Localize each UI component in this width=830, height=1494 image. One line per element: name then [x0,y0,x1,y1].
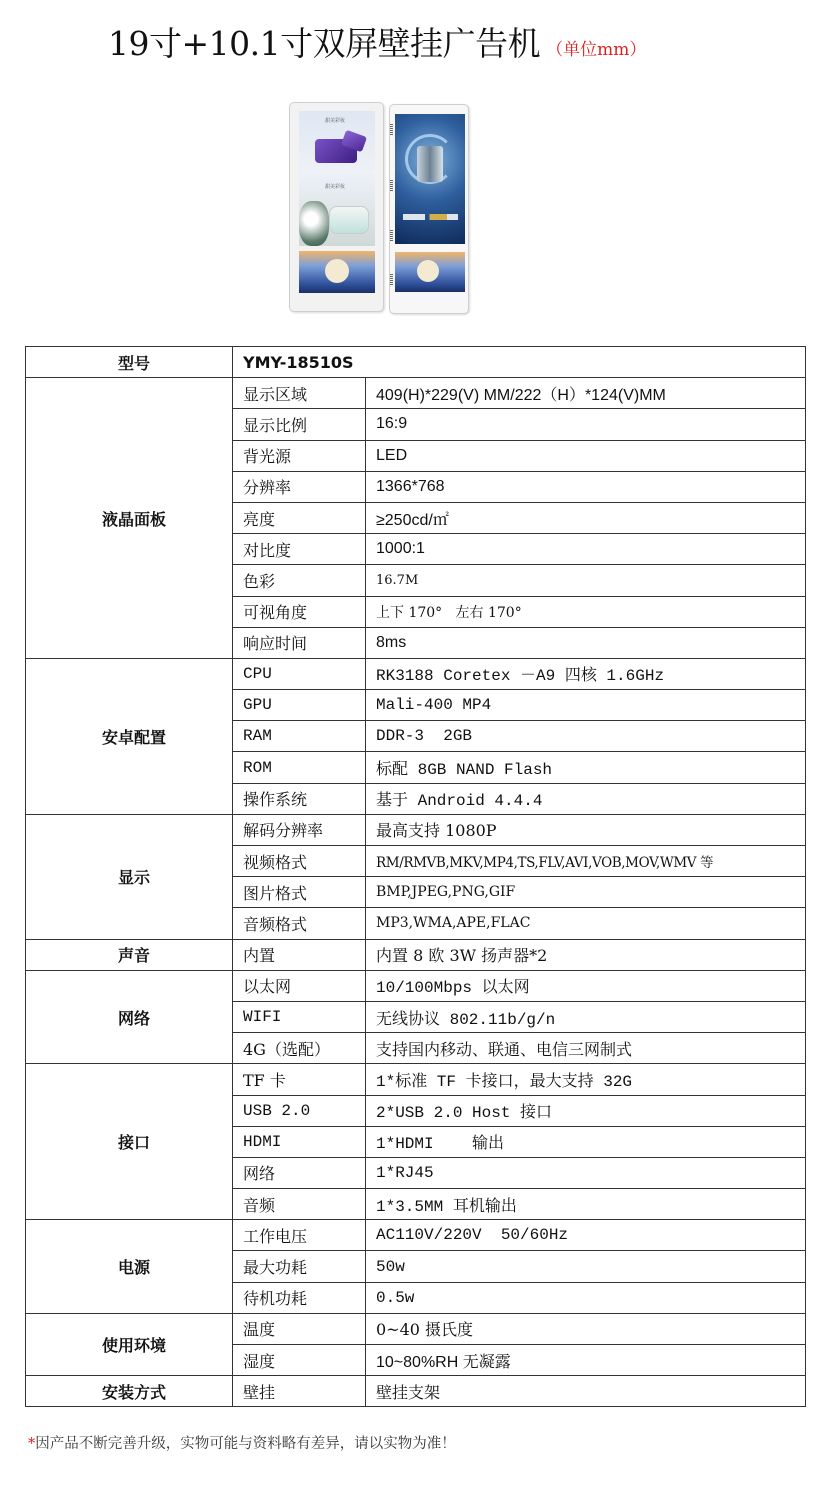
main-screen-side [395,114,465,244]
spec-value: 0.5w [366,1282,806,1313]
spec-label: 壁挂 [233,1376,366,1407]
spec-value: BMP,JPEG,PNG,GIF [366,877,806,908]
spec-value: MP3,WMA,APE,FLAC [366,908,806,939]
spec-label: ROM [233,752,366,783]
spec-value: Mali-400 MP4 [366,690,806,721]
table-row: 液晶面板 显示区域 409(H)*229(V) MM/222（H）*124(V)… [26,378,806,409]
spec-table: 型号 YMY-18510S 液晶面板 显示区域 409(H)*229(V) MM… [25,346,806,1407]
spec-value: DDR-3 2GB [366,721,806,752]
table-row: 声音 内置 内置 8 欧 3W 扬声器*2 [26,939,806,970]
device-front-view: 甜美彩妆 甜美彩妆 [289,102,384,312]
spec-label: USB 2.0 [233,1095,366,1126]
spec-value: 1*3.5MM 耳机输出 [366,1189,806,1220]
moon-graphic [325,259,349,283]
spec-value: 16.7M [366,565,806,596]
spec-value: 壁挂支架 [366,1376,806,1407]
disclaimer-text: 因产品不断完善升级，实物可能与资料略有差异，请以实物为准！ [35,1436,456,1452]
spec-label: TF 卡 [233,1064,366,1095]
moon-graphic [417,260,439,282]
table-row: 电源 工作电压 AC110V/220V 50/60Hz [26,1220,806,1251]
spec-label: 亮度 [233,502,366,533]
spec-value: 最高支持 1080P [366,814,806,845]
table-row: 安装方式 壁挂 壁挂支架 [26,1376,806,1407]
spec-value: 50w [366,1251,806,1282]
model-label: 型号 [26,347,233,378]
main-screen: 甜美彩妆 甜美彩妆 [299,111,375,246]
spec-label: 解码分辨率 [233,814,366,845]
category-android-config: 安卓配置 [26,658,233,814]
spec-value: 8ms [366,627,806,658]
spec-label: HDMI [233,1126,366,1157]
spec-value: RK3188 Coretex －A9 四核 1.6GHz [366,658,806,689]
table-row-model: 型号 YMY-18510S [26,347,806,378]
spec-label: 4G（选配） [233,1033,366,1064]
spec-value: 支持国内移动、联通、电信三网制式 [366,1033,806,1064]
spec-label: 响应时间 [233,627,366,658]
spec-value: 10/100Mbps 以太网 [366,970,806,1001]
title-text: 19寸+10.1寸双屏壁挂广告机 [108,18,540,65]
category-network: 网络 [26,970,233,1064]
cream-jar-graphic [329,206,369,234]
table-row: 接口 TF 卡 1*标准 TF 卡接口，最大支持 32G [26,1064,806,1095]
spec-value: 上下 170° 左右 170° [366,596,806,627]
table-row: 安卓配置 CPU RK3188 Coretex －A9 四核 1.6GHz [26,658,806,689]
spec-label: 以太网 [233,970,366,1001]
spec-value: RM/RMVB,MKV,MP4,TS,FLV,AVI,VOB,MOV,WMV 等 [366,846,806,877]
table-row: 使用环境 温度 0~40 摄氏度 [26,1313,806,1344]
category-installation: 安装方式 [26,1376,233,1407]
spec-value: 1*HDMI 输出 [366,1126,806,1157]
spec-label: 待机功耗 [233,1282,366,1313]
spec-label: 对比度 [233,534,366,565]
category-interfaces: 接口 [26,1064,233,1220]
secondary-screen-side [395,252,465,292]
spec-value: 标配 8GB NAND Flash [366,752,806,783]
disclaimer-note: *因产品不断完善升级，实物可能与资料略有差异，请以实物为准！ [28,1432,456,1453]
spec-value: 0~40 摄氏度 [366,1313,806,1344]
table-row: 显示 解码分辨率 最高支持 1080P [26,814,806,845]
category-sound: 声音 [26,939,233,970]
spec-value: 基于 Android 4.4.4 [366,783,806,814]
side-vent [390,124,393,136]
spec-label: CPU [233,658,366,689]
spec-label: 湿度 [233,1345,366,1376]
spec-label: 内置 [233,939,366,970]
category-power: 电源 [26,1220,233,1314]
page-title: 19寸+10.1寸双屏壁挂广告机 （单位mm） [108,18,646,68]
table-row: 网络 以太网 10/100Mbps 以太网 [26,970,806,1001]
screen-ad-text-2: 甜美彩妆 [325,183,345,190]
ad-banner-graphic [403,214,458,220]
spec-value: 1*RJ45 [366,1157,806,1188]
spec-label: 工作电压 [233,1220,366,1251]
spec-label: 最大功耗 [233,1251,366,1282]
product-image: 甜美彩妆 甜美彩妆 [289,102,469,320]
spec-value: 16:9 [366,409,806,440]
spec-label: RAM [233,721,366,752]
spec-value: 内置 8 欧 3W 扬声器*2 [366,939,806,970]
spec-label: 可视角度 [233,596,366,627]
category-display: 显示 [26,814,233,939]
spec-label: WIFI [233,1001,366,1032]
spec-label: 视频格式 [233,846,366,877]
screen-ad-text: 甜美彩妆 [325,117,345,124]
category-lcd-panel: 液晶面板 [26,378,233,659]
side-vent [390,274,393,286]
spec-value: 1*标准 TF 卡接口，最大支持 32G [366,1064,806,1095]
spec-value: 无线协议 802.11b/g/n [366,1001,806,1032]
spec-label: 温度 [233,1313,366,1344]
secondary-screen [299,251,375,293]
spec-label: 色彩 [233,565,366,596]
spec-value: AC110V/220V 50/60Hz [366,1220,806,1251]
spec-label: 操作系统 [233,783,366,814]
spec-value: 2*USB 2.0 Host 接口 [366,1095,806,1126]
spec-label: 显示比例 [233,409,366,440]
spec-label: 显示区域 [233,378,366,409]
spec-value: 1000:1 [366,534,806,565]
spec-label: GPU [233,690,366,721]
spec-label: 背光源 [233,440,366,471]
category-environment: 使用环境 [26,1313,233,1375]
spec-label: 网络 [233,1157,366,1188]
model-value: YMY-18510S [233,347,806,378]
spec-label: 图片格式 [233,877,366,908]
flower-graphic [299,201,329,246]
spec-value: 1366*768 [366,471,806,502]
spec-value: ≥250cd/㎡ [366,502,806,533]
spec-value: 409(H)*229(V) MM/222（H）*124(V)MM [366,378,806,409]
spec-label: 音频 [233,1189,366,1220]
spec-value: LED [366,440,806,471]
side-vent [390,230,393,242]
spec-label: 分辨率 [233,471,366,502]
unit-note: （单位mm） [546,35,646,60]
bottle-graphic [417,146,443,182]
spec-label: 音频格式 [233,908,366,939]
spec-value: 10~80%RH 无凝露 [366,1345,806,1376]
device-side-view [389,104,469,314]
side-vent [390,180,393,192]
